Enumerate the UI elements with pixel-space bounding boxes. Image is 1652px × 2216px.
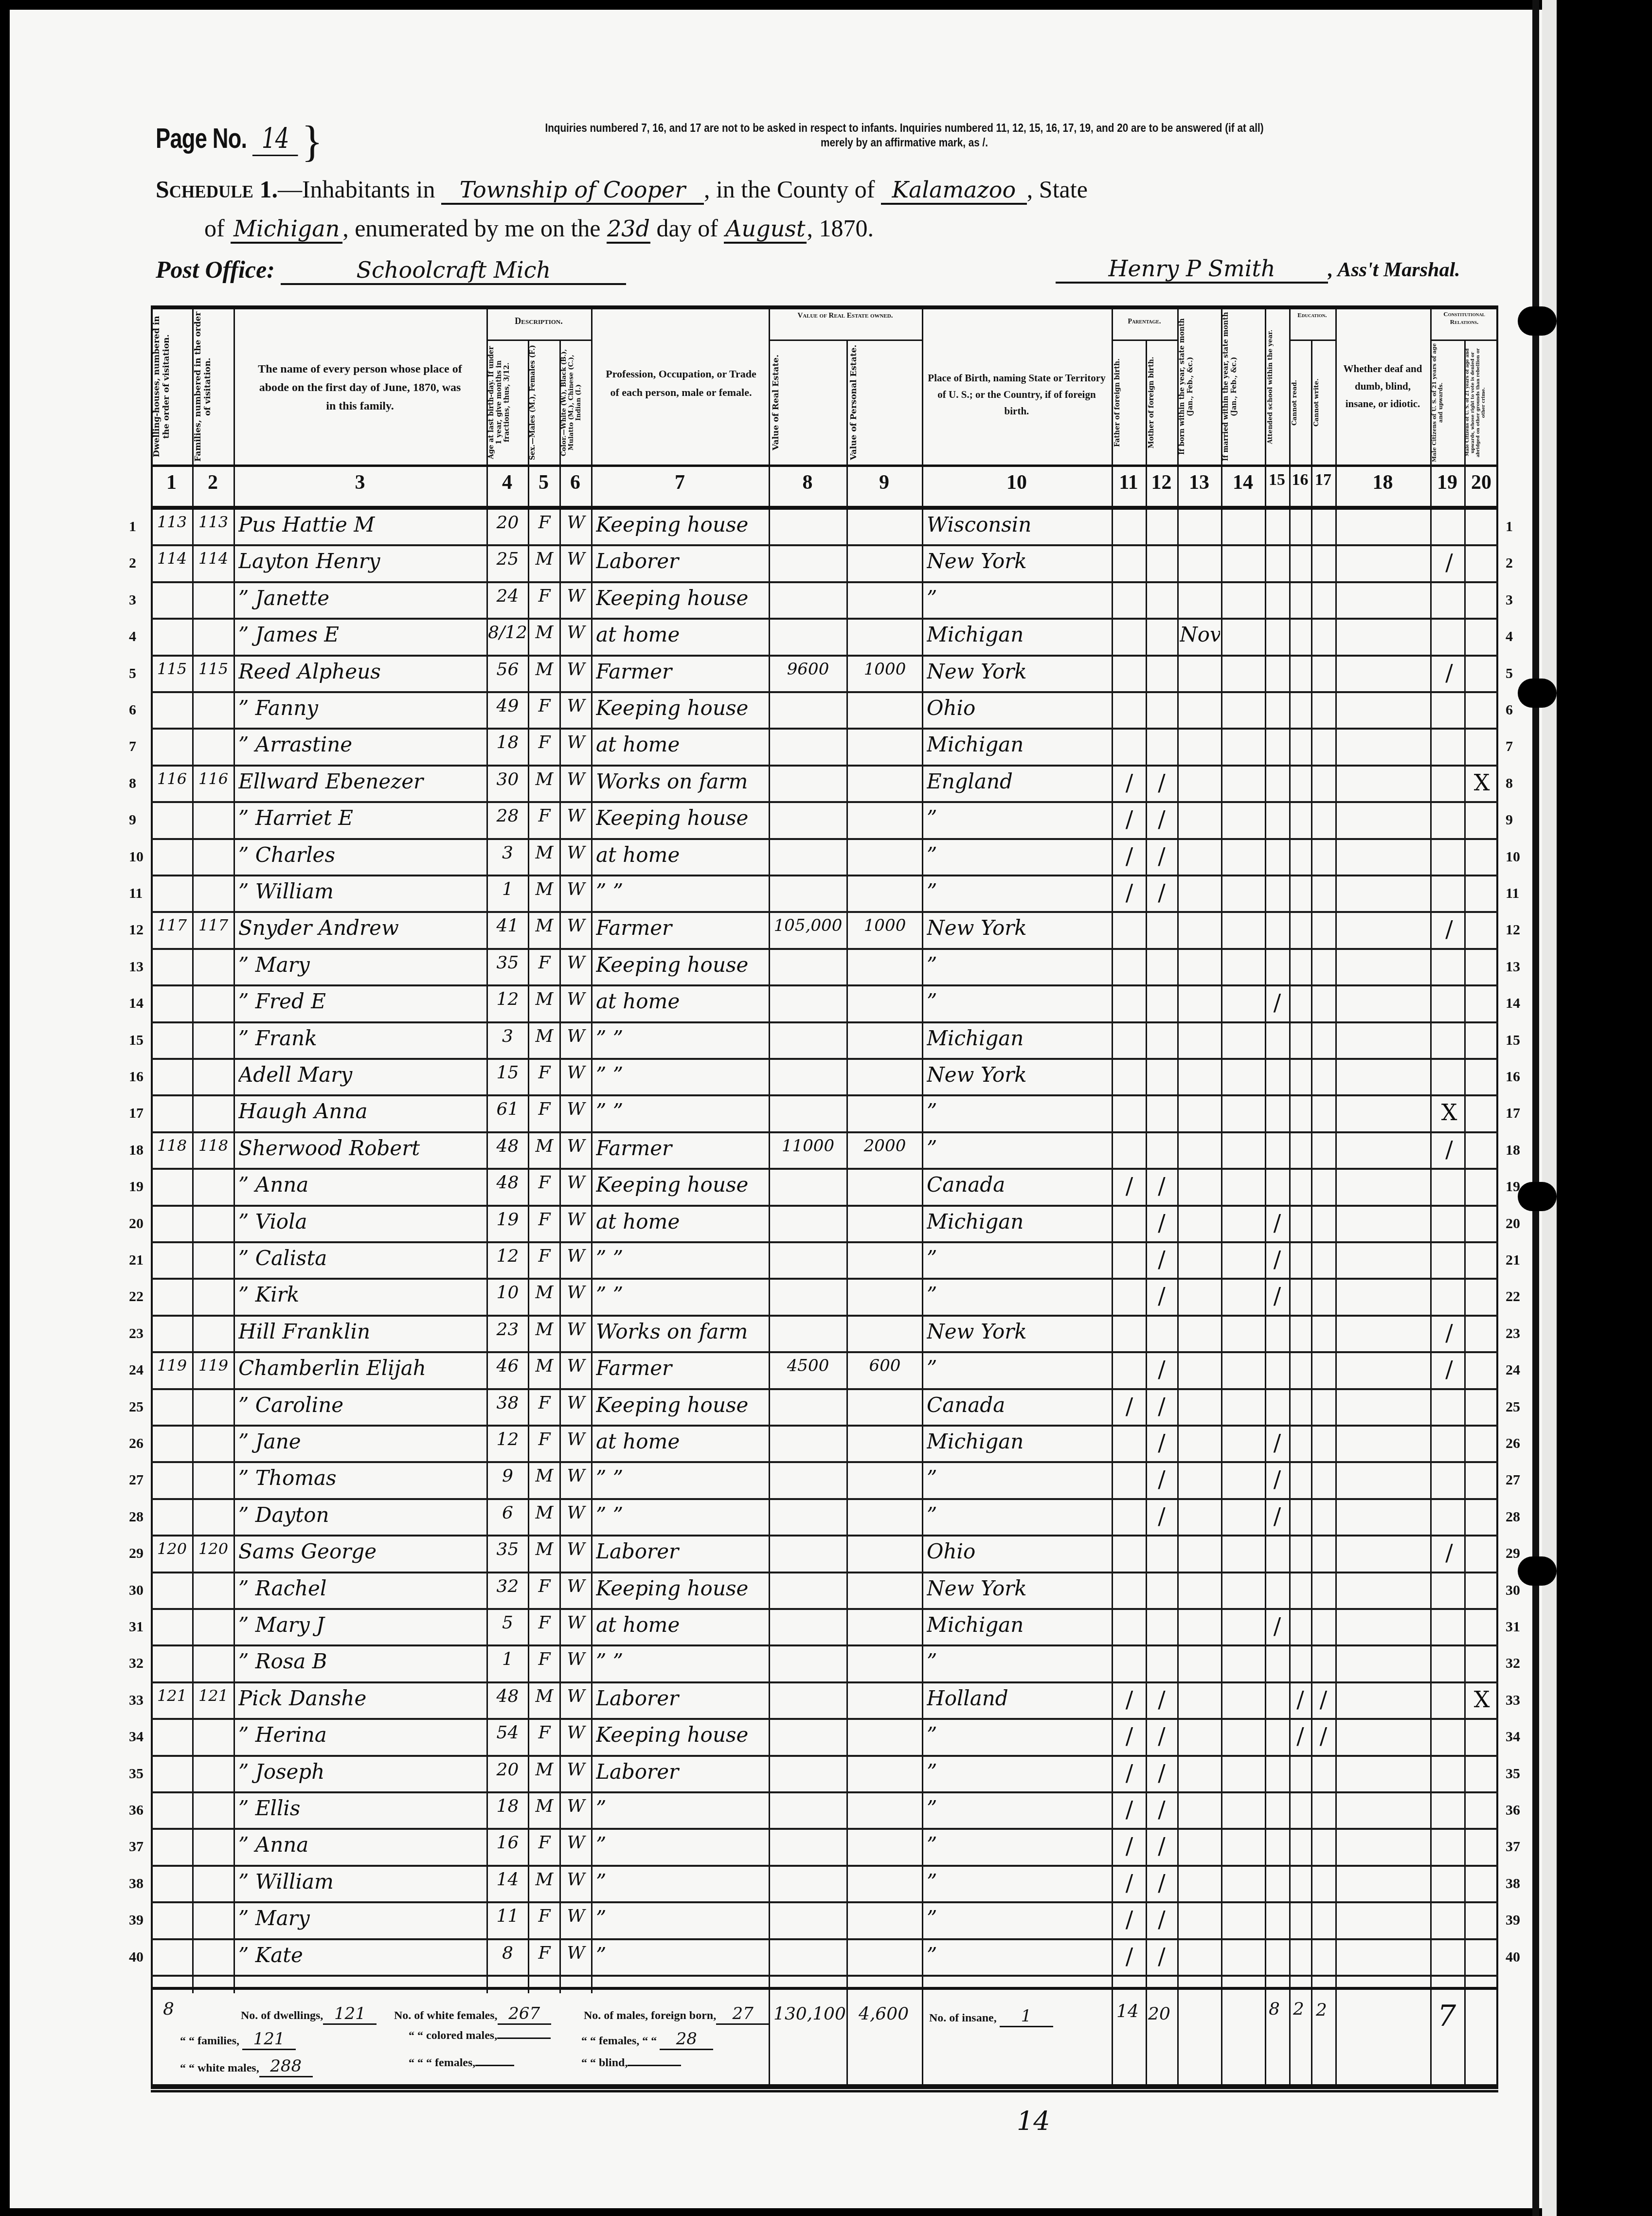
header-cannot-write: Cannot write. [1312, 343, 1334, 462]
place-of-birth: England [927, 769, 1109, 793]
occupation: ” ” [596, 1063, 766, 1087]
color: W [561, 1466, 591, 1486]
colored-males-value [497, 2037, 551, 2039]
occupation: Farmer [596, 660, 766, 683]
year-label: , 1870. [807, 214, 874, 242]
person-name: Haugh Anna [238, 1099, 484, 1123]
group-rule [769, 340, 922, 341]
color: W [561, 1210, 591, 1230]
county-field: Kalamazoo [881, 177, 1027, 205]
line-number-right: 33 [1506, 1692, 1520, 1709]
male-citizen-mark: / [1435, 549, 1463, 575]
father-foreign-mark: / [1114, 1796, 1145, 1823]
line-number-right: 17 [1506, 1105, 1520, 1122]
header-real-estate: Value of Real Estate. [771, 343, 844, 462]
age: 1 [487, 879, 528, 899]
place-of-birth: Michigan [927, 1430, 1109, 1453]
families-value: 121 [242, 2029, 296, 2050]
column-number: 3 [233, 471, 486, 494]
color: W [561, 1173, 591, 1193]
occupation: Laborer [596, 1539, 766, 1563]
father-foreign-mark: / [1114, 1906, 1145, 1932]
line-number-left: 3 [129, 592, 136, 608]
mother-foreign-mark: / [1147, 843, 1176, 869]
mother-foreign-mark: / [1147, 1796, 1176, 1823]
column-number: 11 [1112, 471, 1146, 494]
occupation: at home [596, 1210, 766, 1233]
occupation: Keeping house [596, 513, 766, 536]
color: W [561, 1576, 591, 1596]
mother-foreign-mark: / [1147, 879, 1176, 906]
blind-value [628, 2065, 681, 2066]
cannot-read-mark: / [1291, 1686, 1310, 1713]
sex: F [529, 1393, 559, 1413]
line-number-right: 26 [1506, 1435, 1520, 1452]
scan-background [1557, 0, 1652, 2216]
male-citizen-mark: / [1435, 916, 1463, 942]
person-name: ” Rachel [238, 1576, 484, 1600]
foreign-males-label: No. of males, foreign born, [584, 2009, 716, 2022]
foreign-females-value: 28 [660, 2029, 713, 2050]
occupation: ” ” [596, 1246, 766, 1270]
families-label: “ “ families, [180, 2035, 239, 2047]
place-of-birth: ” [927, 806, 1109, 830]
age: 35 [487, 953, 528, 973]
male-citizen-mark: / [1435, 660, 1463, 686]
color: W [561, 513, 591, 533]
header-place-of-birth: Place of Birth, naming State or Territor… [927, 370, 1107, 419]
mother-foreign-mark: / [1147, 1210, 1176, 1236]
mother-foreign-mark: / [1147, 1173, 1176, 1199]
place-of-birth: Ohio [927, 696, 1109, 720]
color: W [561, 1503, 591, 1523]
color: W [561, 916, 591, 936]
dwellings-label: No. of dwellings, [241, 2009, 323, 2022]
line-number-right: 4 [1506, 628, 1513, 645]
sex: M [529, 1320, 559, 1340]
line-number-left: 36 [129, 1802, 144, 1819]
colored-males-label: “ “ colored males, [409, 2029, 497, 2042]
attended-school-mark: / [1266, 1613, 1288, 1639]
occupation: Farmer [596, 1136, 766, 1160]
person-name: ” Frank [238, 1026, 484, 1050]
color: W [561, 1649, 591, 1669]
age: 8 [487, 1943, 528, 1963]
place-of-birth: ” [927, 1723, 1109, 1747]
schedule-label: Schedule 1. [156, 176, 278, 203]
person-name: ” Viola [238, 1210, 484, 1233]
line-number-right: 1 [1506, 518, 1513, 535]
color: W [561, 989, 591, 1009]
column-number: 2 [192, 471, 233, 494]
person-name: ” Rosa B [238, 1649, 484, 1673]
blind-label: “ “ blind, [581, 2056, 628, 2069]
person-name: Sams George [238, 1539, 484, 1563]
place-of-birth: New York [927, 549, 1109, 573]
line-number-right: 7 [1506, 738, 1513, 755]
header-value-group: Value of Real Estate owned. [769, 311, 922, 320]
column-number: 9 [846, 471, 922, 494]
header-parentage-group: Parentage. [1112, 316, 1177, 328]
mother-foreign-mark: / [1147, 1503, 1176, 1529]
place-of-birth: ” [927, 1466, 1109, 1490]
mother-foreign-mark: / [1147, 769, 1176, 796]
father-foreign-total: 14 [1116, 2002, 1139, 2021]
born-within-year: Nov [1180, 623, 1220, 646]
line-number-right: 8 [1506, 775, 1513, 792]
sex: F [529, 733, 559, 752]
family-number: 120 [193, 1539, 233, 1558]
line-number-left: 40 [129, 1949, 144, 1966]
line-number-left: 28 [129, 1509, 144, 1525]
sex: F [529, 1210, 559, 1230]
line-number-left: 15 [129, 1032, 144, 1049]
cannot-read-mark: / [1291, 1723, 1310, 1749]
post-office-label: Post Office: [156, 256, 275, 283]
sex: F [529, 806, 559, 826]
line-number-right: 35 [1506, 1766, 1520, 1782]
place-of-birth: ” [927, 1099, 1109, 1123]
line-number-right: 23 [1506, 1325, 1520, 1342]
header-personal-estate: Value of Personal Estate. [849, 343, 919, 462]
occupation: ” ” [596, 1026, 766, 1050]
column-number: 1 [151, 471, 192, 494]
sex: F [529, 1613, 559, 1633]
person-name: ” Arrastine [238, 733, 484, 756]
line-number-left: 11 [129, 885, 143, 902]
place-of-birth: ” [927, 1649, 1109, 1673]
line-number-right: 20 [1506, 1215, 1520, 1232]
color: W [561, 1906, 591, 1926]
age: 61 [487, 1099, 528, 1119]
footer-white-males: “ “ white males,288 [180, 2056, 313, 2077]
family-number: 118 [193, 1136, 233, 1155]
column-number: 16 [1289, 471, 1311, 489]
person-name: ” Anna [238, 1833, 484, 1857]
footer-families: “ “ families, 121 [180, 2029, 296, 2050]
header-sex: Sex.—Males (M.), Females (F.) [529, 343, 558, 462]
line-number-right: 27 [1506, 1472, 1520, 1488]
age: 54 [487, 1723, 528, 1743]
of-label: of [204, 214, 225, 242]
mother-foreign-mark: / [1147, 1723, 1176, 1749]
line-number-left: 20 [129, 1215, 144, 1232]
sex: M [529, 1686, 559, 1706]
binder-hole [1518, 306, 1557, 336]
father-foreign-mark: / [1114, 1173, 1145, 1199]
line-number-right: 16 [1506, 1069, 1520, 1085]
sex: M [529, 1539, 559, 1559]
line-number-left: 10 [129, 849, 144, 865]
month-field: August [724, 215, 807, 244]
place-of-birth: ” [927, 1136, 1109, 1160]
person-name: ” Jane [238, 1430, 484, 1453]
header-attended-school: Attended school within the year. [1266, 311, 1288, 462]
age: 46 [487, 1356, 528, 1376]
header-constitutional-group: Constitutional Relations. [1430, 310, 1498, 326]
age: 48 [487, 1136, 528, 1156]
line-number-left: 18 [129, 1142, 144, 1159]
line-number-left: 33 [129, 1692, 144, 1709]
sex: M [529, 660, 559, 679]
color: W [561, 1686, 591, 1706]
person-name: ” Charles [238, 843, 484, 867]
line-number-right: 36 [1506, 1802, 1520, 1819]
color: W [561, 1760, 591, 1780]
place-of-birth: ” [927, 1760, 1109, 1784]
place-of-birth: Ohio [927, 1539, 1109, 1563]
cannot-write-total: 2 [1316, 2000, 1327, 2020]
male-citizen-mark: / [1435, 1356, 1463, 1382]
white-females-label: No. of white females, [394, 2009, 498, 2022]
family-number: 117 [193, 916, 233, 934]
footer-blind: “ “ blind, [581, 2056, 681, 2070]
occupation: at home [596, 733, 766, 756]
occupation: Keeping house [596, 1723, 766, 1747]
place-of-birth: Wisconsin [927, 513, 1109, 536]
occupation: Keeping house [596, 806, 766, 830]
age: 25 [487, 549, 528, 569]
father-foreign-mark: / [1114, 1870, 1145, 1896]
person-name: Pus Hattie M [238, 513, 484, 536]
age: 49 [487, 696, 528, 716]
place-of-birth: ” [927, 1870, 1109, 1894]
attended-school-mark: / [1266, 1210, 1288, 1236]
place-of-birth: New York [927, 1576, 1109, 1600]
marshal-line: Henry P Smith, Ass't Marshal. [1056, 255, 1460, 284]
person-name: Snyder Andrew [238, 916, 484, 940]
header-bottom-rule [151, 506, 1498, 510]
sex: F [529, 586, 559, 606]
township-field: Township of Cooper [441, 177, 704, 205]
father-foreign-mark: / [1114, 769, 1145, 796]
age: 1 [487, 1649, 528, 1669]
margin-mark: 8 [163, 1999, 174, 2019]
sex: M [529, 769, 559, 789]
color: W [561, 1356, 591, 1376]
enumerated-label: , enumerated by me on the [342, 214, 600, 242]
occupation: ” ” [596, 1466, 766, 1490]
father-foreign-mark: / [1114, 843, 1145, 869]
personal-estate-value: 1000 [849, 660, 921, 679]
white-males-value: 288 [259, 2056, 313, 2077]
personal-estate-value: 600 [849, 1356, 921, 1376]
color: W [561, 1870, 591, 1890]
footer-bottom-rule [151, 2084, 1498, 2087]
person-name: ” Harriet E [238, 806, 484, 830]
sex: M [529, 1503, 559, 1523]
person-name: Adell Mary [238, 1063, 484, 1087]
color: W [561, 696, 591, 716]
line-number-left: 23 [129, 1325, 144, 1342]
age: 23 [487, 1320, 528, 1340]
sex: M [529, 916, 559, 936]
father-foreign-mark: / [1114, 806, 1145, 832]
column-number: 7 [591, 471, 769, 494]
age: 16 [487, 1833, 528, 1853]
line-number-right: 40 [1506, 1949, 1520, 1966]
person-name: ” Calista [238, 1246, 484, 1270]
age: 38 [487, 1393, 528, 1413]
person-name: ” Herina [238, 1723, 484, 1747]
line-number-right: 2 [1506, 555, 1513, 572]
person-name: Layton Henry [238, 549, 484, 573]
line-number-left: 19 [129, 1179, 144, 1195]
sex: F [529, 1943, 559, 1963]
place-of-birth: ” [927, 1503, 1109, 1527]
place-of-birth: ” [927, 843, 1109, 867]
color: W [561, 1099, 591, 1119]
place-of-birth: ” [927, 989, 1109, 1013]
sex: F [529, 1173, 559, 1193]
person-name: ” Mary [238, 1906, 484, 1930]
column-number: 6 [559, 471, 591, 494]
line-number-right: 19 [1506, 1179, 1520, 1195]
header-name: The name of every person whose place of … [253, 360, 467, 415]
age: 48 [487, 1173, 528, 1193]
mother-foreign-mark: / [1147, 1760, 1176, 1786]
sex: M [529, 549, 559, 569]
age: 18 [487, 733, 528, 752]
person-name: ” Thomas [238, 1466, 484, 1490]
color: W [561, 1430, 591, 1449]
sex: M [529, 1870, 559, 1890]
place-of-birth: Michigan [927, 623, 1109, 646]
mother-foreign-mark: / [1147, 1833, 1176, 1859]
occupation: at home [596, 623, 766, 646]
male-citizen-mark: / [1435, 1539, 1463, 1566]
line-number-right: 6 [1506, 702, 1513, 718]
footer-white-females: No. of white females,267 [394, 2004, 551, 2025]
color: W [561, 1613, 591, 1633]
colored-females-label: “ “ “ females, [409, 2056, 475, 2069]
place-of-birth: ” [927, 1943, 1109, 1967]
white-females-value: 267 [498, 2004, 551, 2025]
sex: F [529, 1833, 559, 1853]
county-label: , in the County of [704, 176, 875, 203]
sex: F [529, 1723, 559, 1743]
insane-label: No. of insane, [929, 2012, 997, 2024]
instruction-line-1: Inquiries numbered 7, 16, and 17 are not… [418, 121, 1390, 135]
sex: M [529, 1796, 559, 1816]
person-name: ” Mary J [238, 1613, 484, 1637]
age: 6 [487, 1503, 528, 1523]
row-rule [151, 1975, 1498, 1977]
mother-foreign-mark: / [1147, 1870, 1176, 1896]
line-number-right: 5 [1506, 665, 1513, 682]
age: 15 [487, 1063, 528, 1083]
header-occupation: Profession, Occupation, or Trade of each… [603, 365, 759, 402]
occupation: ” ” [596, 879, 766, 903]
occupation: ” ” [596, 1503, 766, 1527]
occupation: at home [596, 843, 766, 867]
age: 20 [487, 513, 528, 533]
family-number: 114 [193, 549, 233, 568]
sex: F [529, 1576, 559, 1596]
place-of-birth: Michigan [927, 733, 1109, 756]
group-rule [1289, 340, 1335, 341]
line-number-left: 31 [129, 1619, 144, 1635]
father-foreign-mark: / [1114, 1833, 1145, 1859]
sex: F [529, 1063, 559, 1083]
color: W [561, 1796, 591, 1816]
mother-foreign-mark: / [1147, 1430, 1176, 1456]
age: 3 [487, 843, 528, 863]
place-of-birth: New York [927, 660, 1109, 683]
header-mother-foreign: Mother of foreign birth. [1147, 343, 1176, 462]
line-number-right: 15 [1506, 1032, 1520, 1049]
color: W [561, 1943, 591, 1963]
line-number-right: 21 [1506, 1252, 1520, 1269]
color: W [561, 1026, 591, 1046]
person-name: Sherwood Robert [238, 1136, 484, 1160]
column-number: 13 [1177, 471, 1221, 494]
binder-hole [1518, 1556, 1557, 1586]
occupation: ” [596, 1906, 766, 1930]
real-estate-value: 9600 [771, 660, 845, 679]
page-number-label: Page No. [156, 123, 247, 154]
place-of-birth: Michigan [927, 1613, 1109, 1637]
inhabitants-label: —Inhabitants in [278, 176, 435, 203]
cannot-write-mark: / [1312, 1723, 1334, 1749]
line-number-right: 3 [1506, 592, 1513, 608]
father-foreign-mark: / [1114, 1723, 1145, 1749]
sex: F [529, 696, 559, 716]
column-number: 15 [1265, 471, 1289, 489]
footer-foreign-males: No. of males, foreign born,27 [584, 2004, 770, 2025]
place-of-birth: ” [927, 1246, 1109, 1270]
line-number-left: 5 [129, 665, 136, 682]
header-vote-denied: Male Citizens of U. S. of 21 years of ag… [1465, 343, 1497, 462]
line-number-right: 31 [1506, 1619, 1520, 1635]
footer-colored-females: “ “ “ females, [409, 2056, 514, 2070]
person-name: Chamberlin Elijah [238, 1356, 484, 1380]
color: W [561, 1246, 591, 1266]
line-number-right: 11 [1506, 885, 1519, 902]
line-number-right: 24 [1506, 1362, 1520, 1378]
line-number-right: 14 [1506, 995, 1520, 1012]
line-number-left: 1 [129, 518, 136, 535]
real-estate-value: 4500 [771, 1356, 845, 1376]
dwelling-number: 120 [152, 1539, 192, 1558]
occupation: Keeping house [596, 953, 766, 977]
family-number: 119 [193, 1356, 233, 1375]
line-number-left: 37 [129, 1839, 144, 1855]
place-of-birth: ” [927, 1356, 1109, 1380]
person-name: Pick Danshe [238, 1686, 484, 1710]
occupation: ” ” [596, 1283, 766, 1306]
vote-denied-mark: X [1467, 1686, 1497, 1713]
marshal-label: , Ass't Marshal. [1328, 259, 1460, 281]
occupation: at home [596, 989, 766, 1013]
line-number-left: 26 [129, 1435, 144, 1452]
person-name: ” Dayton [238, 1503, 484, 1527]
person-name: ” William [238, 879, 484, 903]
dwelling-number: 121 [152, 1686, 192, 1705]
person-name: ” Kate [238, 1943, 484, 1967]
column-number: 5 [528, 471, 559, 494]
footer-colored-males: “ “ colored males, [409, 2029, 551, 2042]
real-estate-value: 105,000 [771, 916, 845, 935]
attended-school-mark: / [1266, 989, 1288, 1016]
vote-denied-mark: X [1467, 769, 1497, 796]
personal-estate-total: 4,600 [859, 2004, 909, 2024]
header-color: Color.—White (W.), Black (B.), Mulatto (… [560, 343, 590, 462]
color: W [561, 623, 591, 643]
place-of-birth: ” [927, 586, 1109, 610]
person-name: Ellward Ebenezer [238, 769, 484, 793]
footer-insane: No. of insane, 1 [929, 2006, 1053, 2027]
